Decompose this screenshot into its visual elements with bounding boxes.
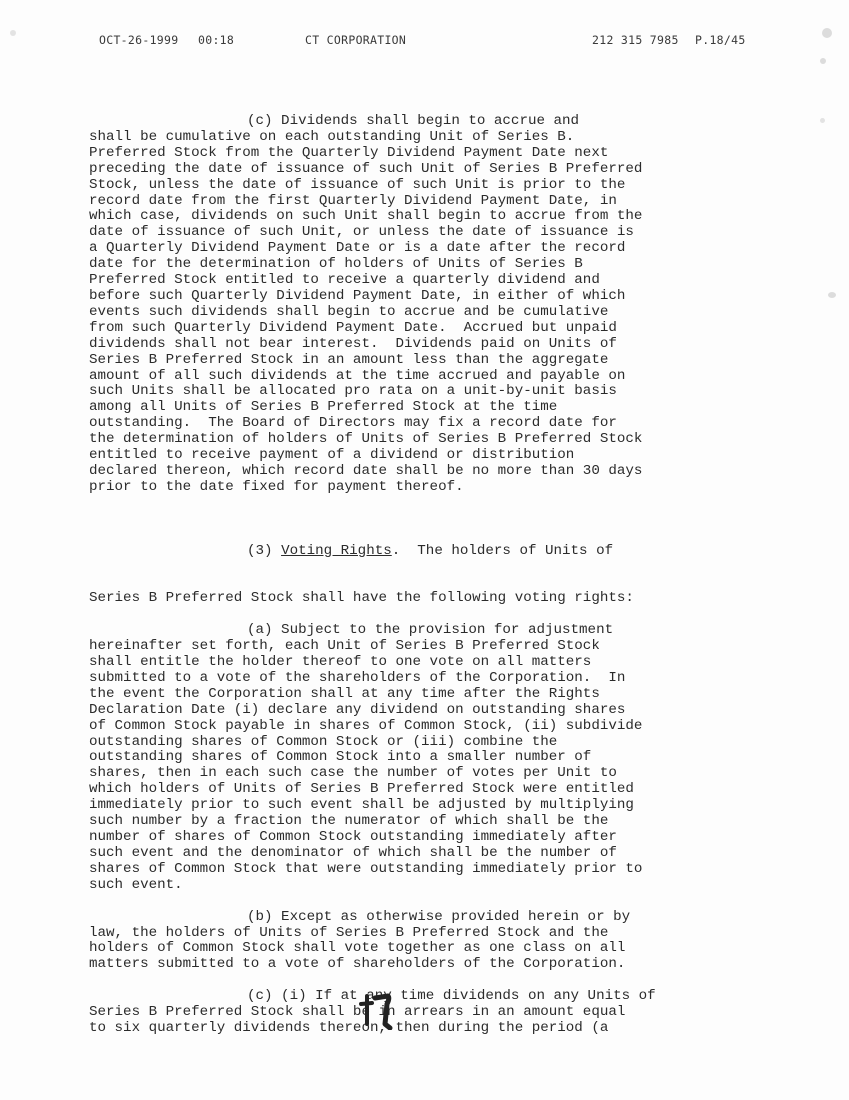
text-line: such event and the denominator of which … <box>89 846 749 862</box>
text-line: amount of all such dividends at the time… <box>89 369 749 385</box>
text-line: Series B Preferred Stock in an amount le… <box>89 353 749 369</box>
paragraph-b-except: (b) Except as otherwise provided herein … <box>89 910 749 974</box>
paragraph-c-dividends: (c) Dividends shall begin to accrue ands… <box>89 114 749 496</box>
text-line: declared thereon, which record date shal… <box>89 464 749 480</box>
scan-artifact <box>820 118 825 123</box>
text-line: the determination of holders of Units of… <box>89 432 749 448</box>
text-line: immediately prior to such event shall be… <box>89 798 749 814</box>
text-line: such event. <box>89 878 749 894</box>
text-line: (c) (i) If at any time dividends on any … <box>89 989 749 1005</box>
text-line: Preferred Stock from the Quarterly Divid… <box>89 146 749 162</box>
handwritten-page-number: 17 <box>358 990 398 1030</box>
text-line: record date from the first Quarterly Div… <box>89 194 749 210</box>
text-line: such number by a fraction the numerator … <box>89 814 749 830</box>
text-line: Declaration Date (i) declare any dividen… <box>89 703 749 719</box>
scan-artifact <box>828 292 836 298</box>
text-line: a Quarterly Dividend Payment Date or is … <box>89 241 749 257</box>
fax-sender: CT CORPORATION <box>305 33 406 47</box>
fax-header: OCT-26-1999 00:18 CT CORPORATION 212 315… <box>0 33 849 53</box>
text-line: from such Quarterly Dividend Payment Dat… <box>89 321 749 337</box>
heading-continuation: . The holders of Units of <box>392 543 613 559</box>
text-line: submitted to a vote of the shareholders … <box>89 671 749 687</box>
text-line: Series B Preferred Stock shall have the … <box>89 591 749 607</box>
text-line: shall entitle the holder thereof to one … <box>89 655 749 671</box>
text-line: holders of Common Stock shall vote toget… <box>89 941 749 957</box>
fax-date: OCT-26-1999 <box>99 33 178 47</box>
text-line: which holders of Units of Series B Prefe… <box>89 782 749 798</box>
text-line: of Common Stock payable in shares of Com… <box>89 719 749 735</box>
fax-page-count: P.18/45 <box>695 33 746 47</box>
text-line: dividends shall not bear interest. Divid… <box>89 337 749 353</box>
text-line: shares, then in each such case the numbe… <box>89 766 749 782</box>
paragraph-voting-rights: (3) Voting Rights. The holders of Units … <box>89 512 749 607</box>
text-line: which case, dividends on such Unit shall… <box>89 209 749 225</box>
text-line: the event the Corporation shall at any t… <box>89 687 749 703</box>
text-line: such Units shall be allocated pro rata o… <box>89 384 749 400</box>
scan-artifact <box>820 58 826 64</box>
text-line: (b) Except as otherwise provided herein … <box>89 910 749 926</box>
text-line: Series B Preferred Stock shall be in arr… <box>89 1005 749 1021</box>
text-line: outstanding shares of Common Stock or (i… <box>89 735 749 751</box>
scan-artifact <box>822 28 832 38</box>
voting-rights-heading-line: (3) Voting Rights. The holders of Units … <box>89 544 749 560</box>
text-line: to six quarterly dividends thereon, then… <box>89 1021 749 1037</box>
text-line: Preferred Stock entitled to receive a qu… <box>89 273 749 289</box>
text-line: matters submitted to a vote of sharehold… <box>89 957 749 973</box>
text-line: shares of Common Stock that were outstan… <box>89 862 749 878</box>
fax-time: 00:18 <box>198 33 234 47</box>
text-line: (a) Subject to the provision for adjustm… <box>89 623 749 639</box>
section-number: (3) <box>247 543 273 559</box>
text-line: law, the holders of Units of Series B Pr… <box>89 926 749 942</box>
scan-artifact <box>10 30 16 36</box>
text-line: shall be cumulative on each outstanding … <box>89 130 749 146</box>
text-line: entitled to receive payment of a dividen… <box>89 448 749 464</box>
paragraph-a-subject: (a) Subject to the provision for adjustm… <box>89 623 749 893</box>
text-line: date of issuance of such Unit, or unless… <box>89 225 749 241</box>
document-body: (c) Dividends shall begin to accrue ands… <box>89 114 749 1053</box>
text-line: preceding the date of issuance of such U… <box>89 162 749 178</box>
text-line: date for the determination of holders of… <box>89 257 749 273</box>
text-line: outstanding. The Board of Directors may … <box>89 416 749 432</box>
text-line: Stock, unless the date of issuance of su… <box>89 178 749 194</box>
text-line: before such Quarterly Dividend Payment D… <box>89 289 749 305</box>
section-heading: Voting Rights <box>281 543 392 559</box>
text-line: outstanding shares of Common Stock into … <box>89 750 749 766</box>
text-line: prior to the date fixed for payment ther… <box>89 480 749 496</box>
paragraph-c-i-arrears: (c) (i) If at any time dividends on any … <box>89 989 749 1037</box>
text-line: number of shares of Common Stock outstan… <box>89 830 749 846</box>
fax-phone: 212 315 7985 <box>592 33 679 47</box>
text-line: hereinafter set forth, each Unit of Seri… <box>89 639 749 655</box>
text-line: events such dividends shall begin to acc… <box>89 305 749 321</box>
text-line: among all Units of Series B Preferred St… <box>89 400 749 416</box>
text-line: (c) Dividends shall begin to accrue and <box>89 114 749 130</box>
